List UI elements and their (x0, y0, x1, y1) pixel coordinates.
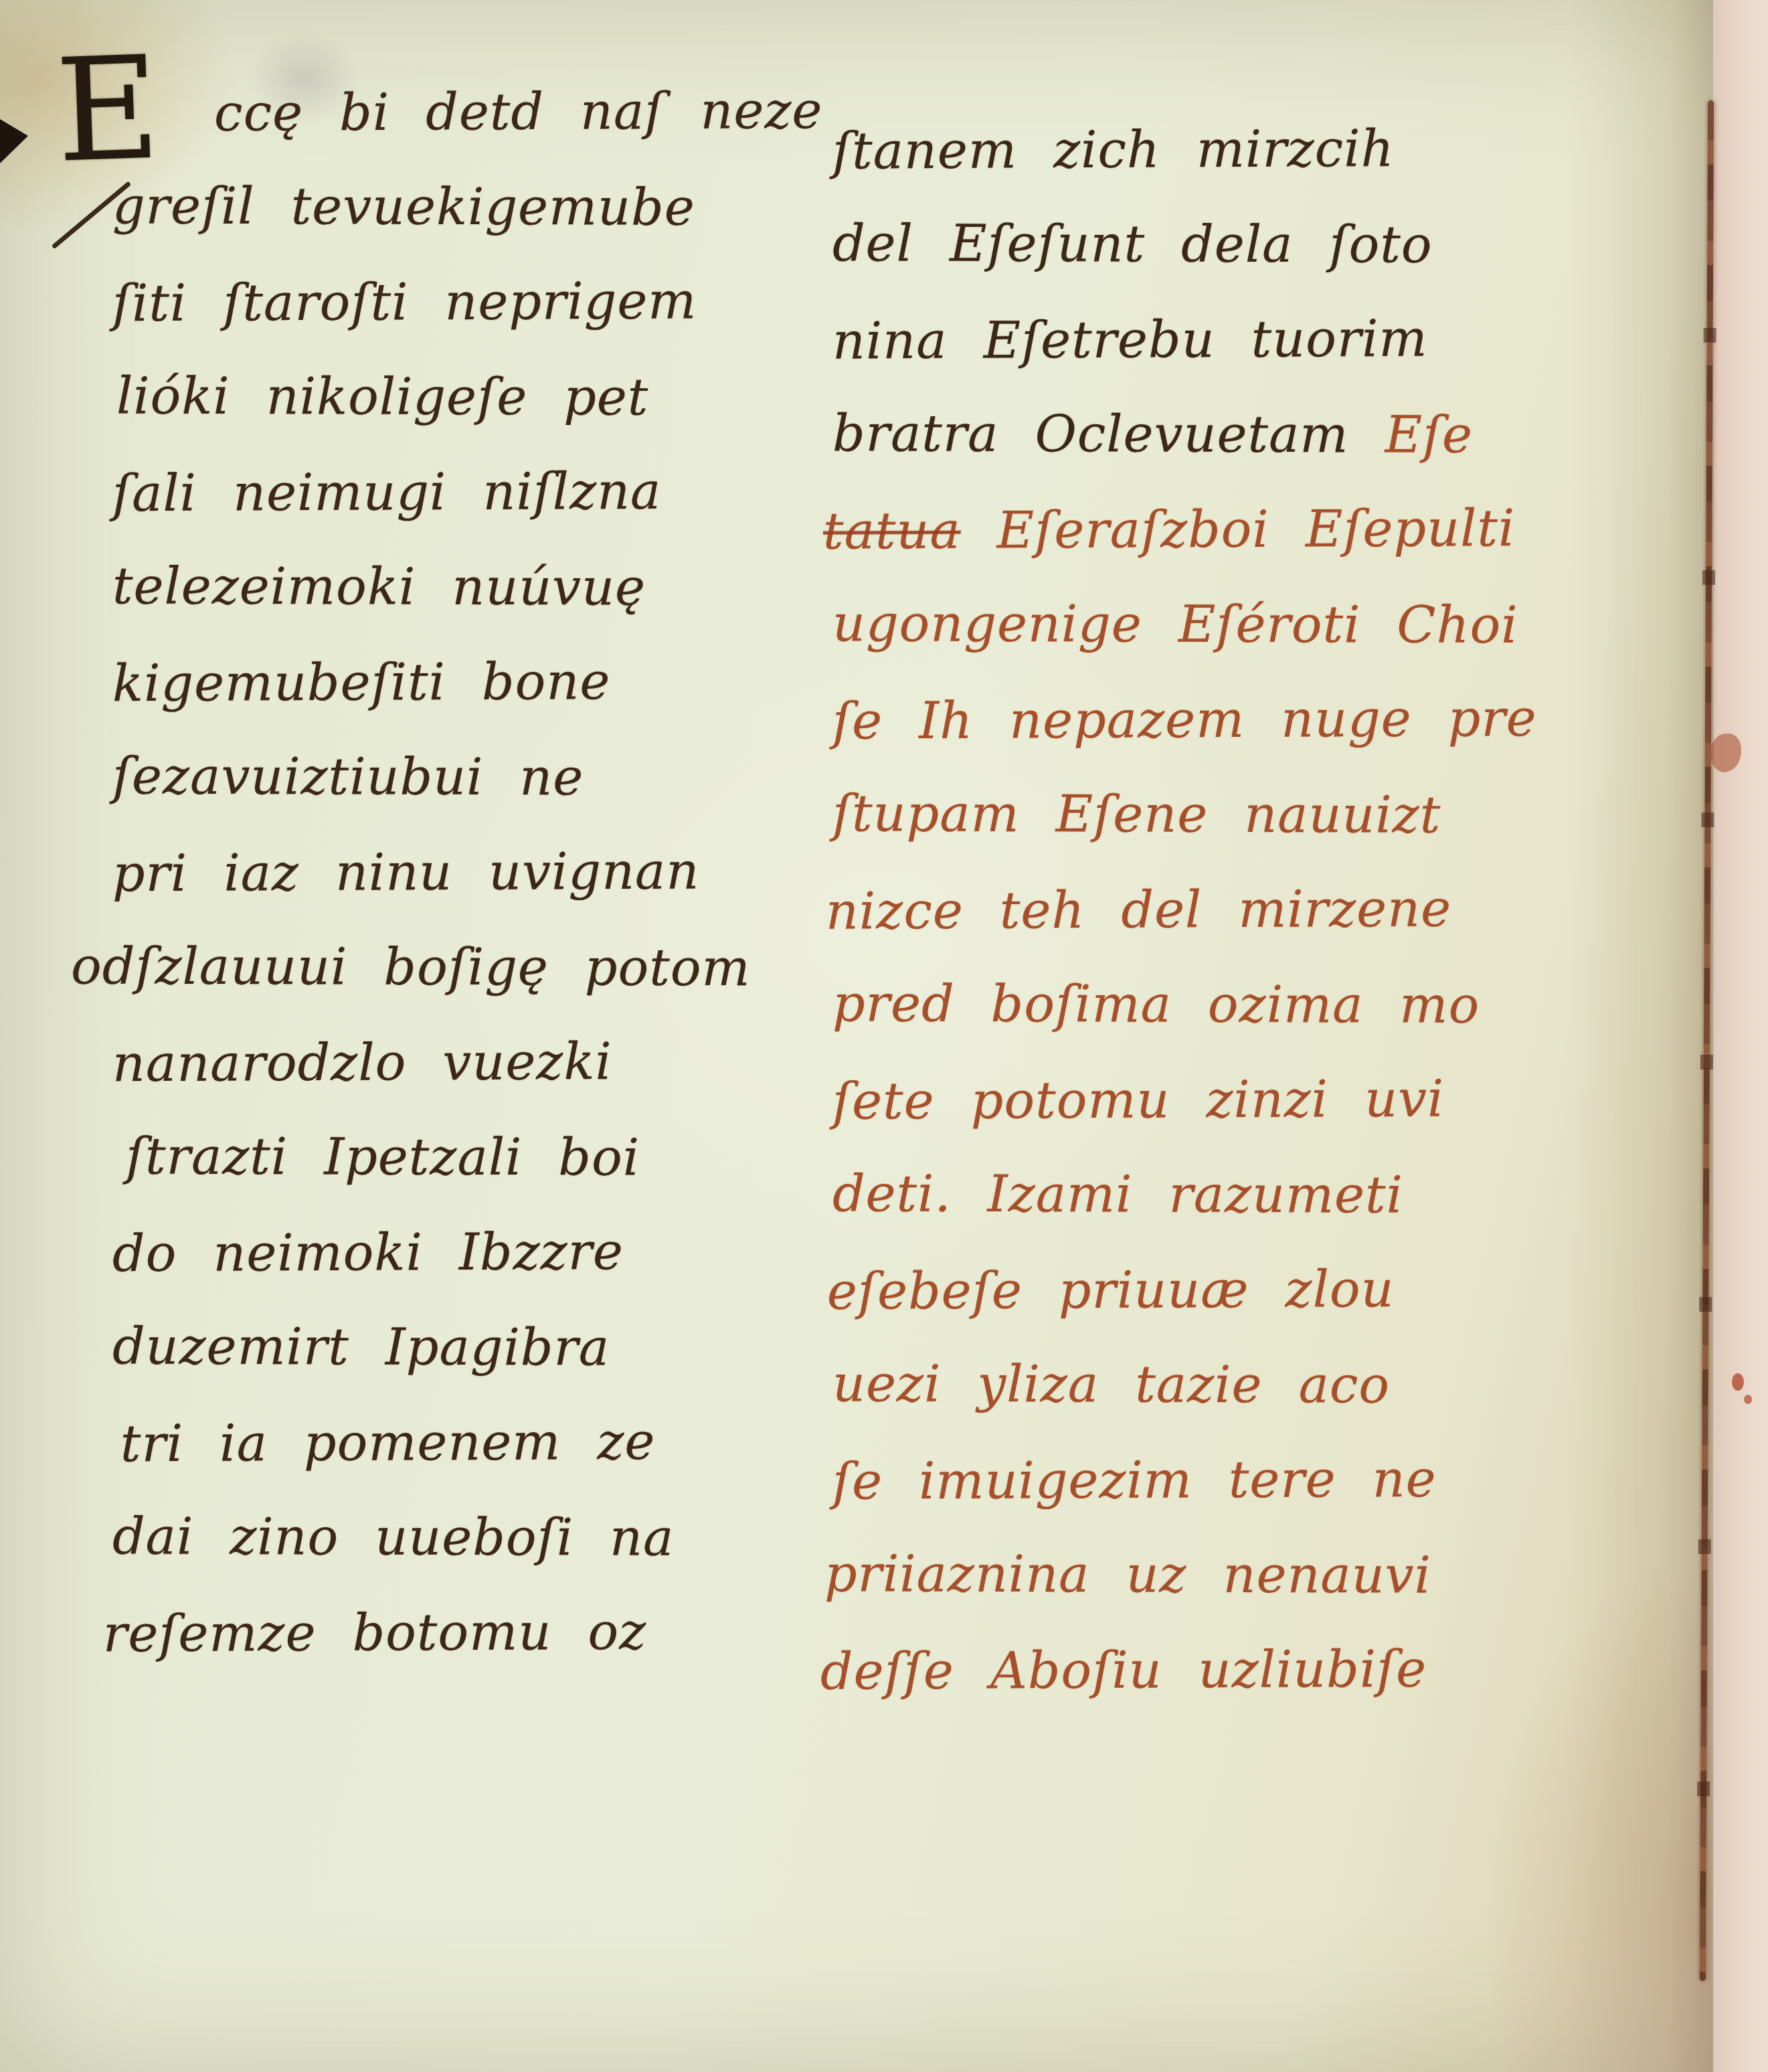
left-edge-dark-mark (0, 119, 28, 163)
text-segment: duzemirt Ipagibra (112, 1316, 610, 1377)
text-segment: priiaznina uz nenauvi (824, 1543, 1431, 1604)
text-line: ſe Ih nepazem nuge pre (832, 670, 1650, 768)
text-line: dai zino uueboſi na (112, 1489, 822, 1586)
text-segment: greſil tevuekigemube (112, 176, 695, 237)
binding-gutter (1713, 0, 1768, 2072)
text-line: nanarodzlo vuezki (112, 1013, 822, 1112)
text-segment: deti. Izami razumeti (832, 1163, 1403, 1224)
text-line: tatua Eſeraſzboi Eſepulti (823, 480, 1650, 578)
text-line: ugongenige Eſéroti Choi (832, 576, 1649, 673)
text-line: pred boſima ozima mo (832, 956, 1649, 1053)
text-segment: del Eſeſunt dela ſoto (832, 213, 1433, 274)
text-line: do neimoki Ibzzre (112, 1203, 822, 1302)
text-line: priiaznina uz nenauvi (824, 1526, 1649, 1623)
text-line: ſtrazti Ipetzali boi (126, 1109, 822, 1206)
text-line: nina Eſetrebu tuorim (832, 290, 1650, 388)
text-segment: ſe Ih nepazem nuge pre (832, 688, 1537, 751)
text-segment: ſezavuiztiubui ne (112, 746, 584, 807)
text-line: kigemubeſiti bone (112, 633, 822, 731)
text-column-right: ſtanem zich mirzcihdel Eſeſunt dela ſoto… (832, 102, 1649, 1717)
text-line: ſtupam Eſene nauuizt (832, 766, 1649, 863)
text-segment: reſemze botomu oz (103, 1602, 646, 1664)
text-line: nizce teh del mirzene (826, 860, 1650, 958)
text-line: bratra Oclevuetam Eſe (832, 385, 1649, 483)
text-segment: odſzlauuui boſigę potom (71, 936, 751, 998)
text-segment: dai zino uueboſi na (112, 1506, 675, 1567)
text-line: ſtanem zich mirzcih (832, 100, 1650, 198)
text-line: duzemirt Ipagibra (112, 1299, 822, 1396)
text-line: deſſe Aboſiu uzliubiſe (820, 1620, 1650, 1719)
text-segment: pred boſima ozima mo (832, 973, 1480, 1035)
text-line: reſemze botomu oz (103, 1583, 822, 1682)
text-line: odſzlauuui boſigę potom (71, 919, 822, 1016)
text-segment: do neimoki Ibzzre (112, 1221, 624, 1283)
text-segment: deſſe Aboſiu uzliubiſe (820, 1639, 1427, 1701)
text-segment: telezeimoki nuúvuę (112, 556, 646, 617)
text-segment: Eſe (1385, 405, 1473, 464)
text-segment: tatua (823, 501, 961, 561)
text-line: tri ia pomenem ze (120, 1393, 822, 1492)
text-line: ccę bi detd naſ neze (214, 63, 822, 161)
text-line: pri iaz ninu uvignan (112, 823, 822, 922)
text-segment: ſali neimugi niſlzna (112, 461, 662, 523)
text-line: ſete potomu zinzi uvi (832, 1050, 1650, 1148)
text-segment: uezi yliza tazie aco (832, 1353, 1390, 1414)
text-line: ſe imuigezim tere ne (832, 1430, 1650, 1529)
text-segment: kigemubeſiti bone (112, 651, 611, 713)
text-segment: ſtrazti Ipetzali boi (126, 1126, 640, 1187)
text-column-left: ccę bi detd naſ nezegreſil tevuekigemube… (112, 64, 822, 1680)
text-segment: ſe imuigezim tere ne (832, 1449, 1437, 1511)
text-segment: ccę bi detd naſ neze (214, 80, 823, 143)
text-line: greſil tevuekigemube (112, 159, 822, 256)
text-segment: eſebeſe priuuæ zlou (827, 1259, 1395, 1321)
text-segment: nina Eſetrebu tuorim (832, 309, 1428, 371)
text-line: deti. Izami razumeti (832, 1146, 1649, 1243)
text-segment: nanarodzlo vuezki (112, 1031, 612, 1093)
text-segment: ſiti ſtaroſti neprigem (112, 271, 697, 333)
text-line: ſezavuiztiubui ne (112, 729, 822, 826)
text-segment: ſtanem zich mirzcih (832, 118, 1395, 181)
text-segment: tri ia pomenem ze (120, 1411, 656, 1473)
text-segment: Eſeraſzboi Eſepulti (960, 498, 1515, 560)
text-line: uezi yliza tazie aco (832, 1336, 1649, 1433)
text-segment: pri iaz ninu uvignan (112, 841, 700, 903)
manuscript-page: E ccę bi detd naſ nezegreſil tevuekigemu… (0, 0, 1768, 2072)
text-segment: ugongenige Eſéroti Choi (832, 593, 1518, 655)
text-segment: ſete potomu zinzi uvi (832, 1069, 1445, 1131)
text-line: ſiti ſtaroſti neprigem (112, 253, 822, 351)
text-line: ſali neimugi niſlzna (112, 443, 822, 541)
text-line: eſebeſe priuuæ zlou (827, 1240, 1650, 1339)
text-segment: lióki nikoligeſe pet (116, 366, 649, 427)
text-segment: nizce teh del mirzene (826, 879, 1451, 941)
text-segment: bratra Oclevuetam (832, 403, 1385, 464)
text-segment: ſtupam Eſene nauuizt (832, 783, 1441, 844)
text-line: lióki nikoligeſe pet (116, 349, 822, 446)
text-line: del Eſeſunt dela ſoto (832, 195, 1649, 292)
text-line: telezeimoki nuúvuę (112, 539, 822, 636)
